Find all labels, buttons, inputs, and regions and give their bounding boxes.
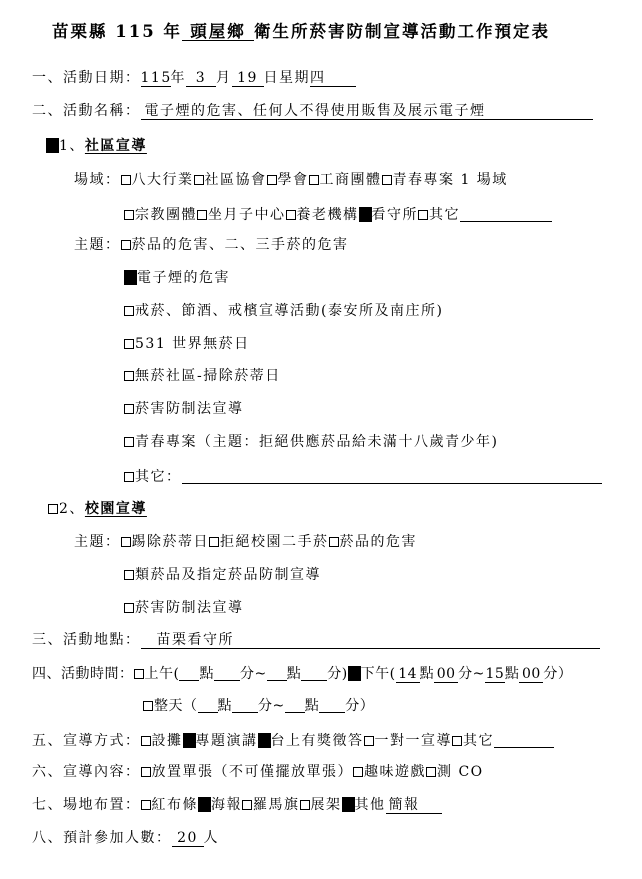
option-label: 看守所 [372, 207, 419, 223]
time-label: 四、活動時間： [32, 666, 134, 682]
community-topic-row-2: 戒菸、節酒、戒檳宣導活動(泰安所及南庄所) [124, 301, 443, 321]
unit: 點 [305, 698, 320, 714]
community-label: 社區宣導 [85, 138, 147, 154]
community-topic-row-3: 531 世界無菸日 [124, 334, 250, 354]
checkbox[interactable] [197, 210, 207, 220]
option-label: 其它 [463, 733, 494, 749]
checkbox[interactable] [121, 240, 131, 250]
option-label: 測 CO [437, 764, 484, 780]
venue-option-other[interactable]: 其它 [418, 207, 460, 223]
option-label: 宗教團體 [135, 207, 197, 223]
venue-option[interactable]: 青春專案 1 場域 [382, 172, 508, 188]
campus-label: 校園宣導 [85, 501, 147, 517]
venue-option[interactable]: 學會 [267, 172, 309, 188]
year-unit: 年 [171, 70, 187, 86]
unit: 點 [199, 666, 214, 682]
weekday-field[interactable]: 四 [310, 70, 356, 87]
pm-label: 下午 [361, 666, 390, 682]
am-checkbox[interactable] [134, 669, 144, 679]
topic-other-field[interactable] [182, 468, 602, 484]
pm-checkbox-checked[interactable] [348, 666, 361, 681]
checkbox[interactable] [124, 437, 134, 447]
community-checkbox[interactable] [46, 138, 59, 153]
option-label: 養老機構 [297, 207, 359, 223]
campus-topic-row-2: 類菸品及指定菸品防制宣導 [124, 565, 321, 585]
community-topic-row-6: 青春專案（主題：拒絕供應菸品給未滿十八歲青少年) [124, 432, 498, 452]
venue-option[interactable]: 工商團體 [309, 172, 382, 188]
topic-label: 主題： [74, 237, 121, 253]
checkbox-checked[interactable] [359, 207, 372, 222]
topic-option-label: 踢除菸蒂日 [132, 534, 210, 550]
pm-end-hour-field[interactable]: 15 [485, 666, 505, 683]
campus-section-header: 2、校園宣導 [48, 499, 147, 519]
unit: 點 [505, 666, 520, 682]
topic-option-label: 531 世界無菸日 [135, 336, 250, 352]
community-section-header: 1、社區宣導 [46, 136, 147, 156]
setup-other-field[interactable]: 簡報 [386, 797, 442, 814]
title-suffix: 衛生所菸害防制宣導活動工作預定表 [254, 22, 550, 41]
option-label: 設攤 [152, 733, 183, 749]
checkbox[interactable] [329, 537, 339, 547]
campus-topic-row-3: 菸害防制法宣導 [124, 598, 244, 618]
checkbox[interactable] [141, 736, 151, 746]
option-label: 社區協會 [205, 172, 267, 188]
unit: 分~ [458, 666, 485, 682]
option-label: 專題演講 [196, 733, 258, 749]
checkbox[interactable] [364, 736, 374, 746]
checkbox[interactable] [121, 537, 131, 547]
checkbox[interactable] [353, 767, 363, 777]
promotion-method-label: 五、宣導方式： [32, 733, 141, 749]
topic-option-label: 拒絕校園二手菸 [220, 534, 329, 550]
checkbox[interactable] [124, 306, 134, 316]
checkbox[interactable] [124, 371, 134, 381]
checkbox[interactable] [309, 175, 319, 185]
topic-option-label: 菸品的危害、二、三手菸的危害 [132, 237, 349, 253]
venue-setup-row: 七、場地布置：紅布條海報羅馬旗展架其他簡報 [32, 795, 442, 815]
checkbox[interactable] [286, 210, 296, 220]
checkbox[interactable] [267, 175, 277, 185]
venue-setup-label: 七、場地布置： [32, 797, 141, 813]
am-start-min-field[interactable] [214, 665, 240, 681]
venue-option[interactable]: 八大行業 [121, 172, 194, 188]
community-topic-row-7: 其它： [124, 465, 602, 487]
option-label: 台上有獎徵答 [271, 733, 364, 749]
community-topic-row-4: 無菸社區-掃除菸蒂日 [124, 366, 281, 386]
venue-row-2: 宗教團體坐月子中心養老機構看守所其它 [124, 203, 552, 225]
unit: 分~ [240, 666, 267, 682]
attendance-label: 八、預計參加人數： [32, 830, 172, 846]
activity-name-row: 二、活動名稱：電子煙的危害、任何人不得使用販售及展示電子煙 [32, 101, 593, 121]
promotion-method-row: 五、宣導方式：設攤專題演講台上有獎徵答一對一宣導其它 [32, 729, 554, 751]
option-label: 八大行業 [132, 172, 194, 188]
am-label: 上午 [145, 666, 174, 682]
topic-option-label: 其它： [135, 469, 182, 485]
option-label: 工商團體 [320, 172, 382, 188]
year-field[interactable]: 115 [141, 70, 171, 87]
venue-option-detention-center[interactable]: 看守所 [359, 207, 419, 223]
topic-option-label: 無菸社區-掃除菸蒂日 [135, 368, 281, 384]
location-label: 三、活動地點： [32, 632, 141, 648]
option-label: 趣味遊戲 [364, 764, 426, 780]
attendance-row: 八、預計參加人數：20人 [32, 828, 219, 848]
promotion-content-label: 六、宣導內容： [32, 764, 141, 780]
topic-option-label: 菸品的危害 [340, 534, 418, 550]
allday-start-min-field[interactable] [232, 697, 258, 713]
community-number: 1、 [59, 138, 85, 154]
option-label: 紅布條 [152, 797, 199, 813]
checkbox[interactable] [121, 175, 131, 185]
option-label: 放置單張（不可僅擺放單張） [152, 764, 354, 780]
venue-option[interactable]: 養老機構 [286, 207, 359, 223]
location-row: 三、活動地點：苗栗看守所 [32, 630, 600, 650]
checkbox-checked[interactable] [342, 797, 355, 812]
checkbox-checked[interactable] [198, 797, 211, 812]
topic-label: 主題： [74, 534, 121, 550]
checkbox[interactable] [141, 800, 151, 810]
topic-option-label: 戒菸、節酒、戒檳宣導活動(泰安所及南庄所) [135, 303, 443, 319]
allday-end-min-field[interactable] [319, 697, 345, 713]
activity-date-row: 一、活動日期：115年3月19日星期四 [32, 68, 356, 88]
checkbox[interactable] [124, 570, 134, 580]
checkbox[interactable] [242, 800, 252, 810]
option-label: 青春專案 1 場域 [393, 172, 508, 188]
month-field[interactable]: 3 [186, 70, 216, 87]
topic-option-label: 菸害防制法宣導 [135, 401, 244, 417]
option-label: 學會 [278, 172, 309, 188]
option-label: 其它 [429, 207, 460, 223]
activity-name-label: 二、活動名稱： [32, 103, 141, 119]
pm-start-min-field[interactable]: 00 [434, 666, 458, 683]
topic-option-label: 菸害防制法宣導 [135, 600, 244, 616]
community-topic-row-0: 主題：菸品的危害、二、三手菸的危害 [74, 235, 349, 255]
allday-checkbox[interactable] [143, 701, 153, 711]
allday-end-hour-field[interactable] [285, 697, 305, 713]
township-field[interactable]: 頭屋鄉 [182, 24, 254, 41]
option-label: 羅馬旗 [253, 797, 300, 813]
am-start-hour-field[interactable] [179, 665, 199, 681]
checkbox[interactable] [300, 800, 310, 810]
venue-row-1: 場域：八大行業社區協會學會工商團體青春專案 1 場域 [74, 170, 508, 190]
venue-other-field[interactable] [460, 206, 552, 222]
unit: 分 [327, 666, 342, 682]
attendance-unit: 人 [204, 830, 220, 846]
location-field[interactable]: 苗栗看守所 [141, 632, 600, 649]
pm-end-min-field[interactable]: 00 [519, 666, 543, 683]
checkbox[interactable] [452, 736, 462, 746]
checkbox[interactable] [124, 404, 134, 414]
community-topic-row-1: 電子煙的危害 [124, 268, 230, 288]
form-title: 苗栗縣 115 年頭屋鄉衛生所菸害防制宣導活動工作預定表 [52, 22, 550, 42]
option-label: 展架 [311, 797, 342, 813]
day-field[interactable]: 19 [232, 70, 264, 87]
option-label: 海報 [211, 797, 242, 813]
topic-option-label: 青春專案（主題：拒絕供應菸品給未滿十八歲青少年) [135, 434, 498, 450]
campus-number: 2、 [59, 501, 85, 517]
venue-option[interactable]: 坐月子中心 [197, 207, 286, 223]
allday-row: 整天（點分~點分） [143, 694, 374, 716]
option-label: 坐月子中心 [208, 207, 286, 223]
am-end-hour-field[interactable] [267, 665, 287, 681]
day-unit: 日星期 [264, 70, 311, 86]
campus-checkbox[interactable] [48, 504, 58, 514]
checkbox-checked[interactable] [183, 733, 196, 748]
paren: ） [360, 698, 375, 714]
allday-label: 整天 [154, 698, 183, 714]
attendance-field[interactable]: 20 [172, 830, 204, 847]
pm-start-hour-field[interactable]: 14 [396, 666, 420, 683]
venue-option[interactable]: 社區協會 [194, 172, 267, 188]
unit: 分~ [258, 698, 285, 714]
checkbox-checked[interactable] [124, 270, 137, 285]
venue-option[interactable]: 宗教團體 [124, 207, 197, 223]
unit: 分 [345, 698, 360, 714]
time-row: 四、活動時間：上午(點分~點分)下午(14點00分~15點00分） [32, 662, 572, 684]
am-end-min-field[interactable] [301, 665, 327, 681]
checkbox[interactable] [124, 210, 134, 220]
checkbox-checked[interactable] [258, 733, 271, 748]
title-prefix: 苗栗縣 115 年 [52, 22, 182, 41]
checkbox[interactable] [124, 339, 134, 349]
topic-option-label: 類菸品及指定菸品防制宣導 [135, 567, 321, 583]
checkbox[interactable] [141, 767, 151, 777]
activity-date-label: 一、活動日期： [32, 70, 141, 86]
unit: 點 [420, 666, 435, 682]
campus-topic-row-1: 主題：踢除菸蒂日拒絕校園二手菸菸品的危害 [74, 532, 417, 552]
option-label: 其他 [355, 797, 386, 813]
month-unit: 月 [216, 70, 232, 86]
community-topic-row-5: 菸害防制法宣導 [124, 399, 244, 419]
topic-option-label: 電子煙的危害 [137, 270, 230, 286]
method-other-field[interactable] [494, 732, 554, 748]
option-label: 一對一宣導 [375, 733, 453, 749]
unit: 點 [218, 698, 233, 714]
unit: 分 [543, 666, 558, 682]
checkbox[interactable] [426, 767, 436, 777]
checkbox[interactable] [209, 537, 219, 547]
venue-label: 場域： [74, 172, 121, 188]
activity-name-field[interactable]: 電子煙的危害、任何人不得使用販售及展示電子煙 [141, 103, 593, 120]
checkbox[interactable] [418, 210, 428, 220]
paren: （ [183, 698, 198, 714]
allday-start-hour-field[interactable] [198, 697, 218, 713]
unit: 點 [287, 666, 302, 682]
checkbox[interactable] [382, 175, 392, 185]
checkbox[interactable] [124, 603, 134, 613]
promotion-content-row: 六、宣導內容：放置單張（不可僅擺放單張）趣味遊戲測 CO [32, 762, 484, 782]
checkbox[interactable] [194, 175, 204, 185]
checkbox[interactable] [124, 472, 134, 482]
paren: ） [558, 666, 573, 682]
